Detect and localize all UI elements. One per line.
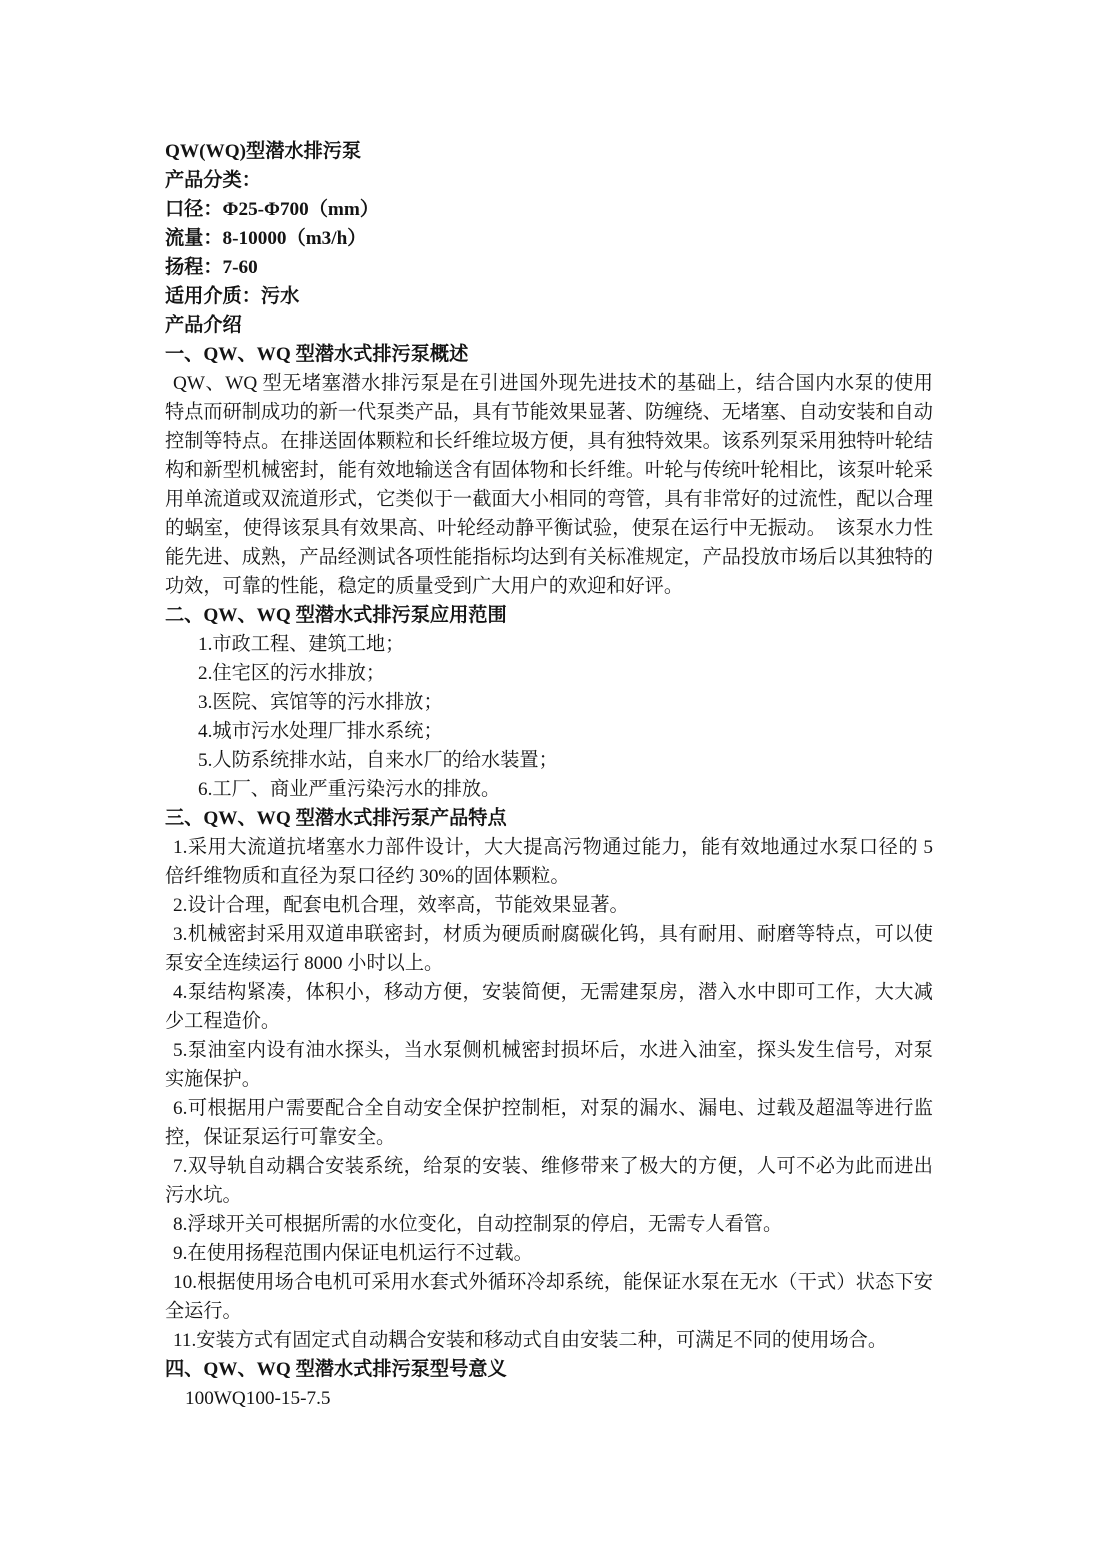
list-item: 6.工厂、商业严重污染污水的排放。: [165, 775, 933, 804]
paragraph-line: 能先进、成熟，产品经测试各项性能指标均达到有关标准规定，产品投放市场后以其独特的: [165, 543, 933, 572]
list-item: 4.城市污水处理厂排水系统；: [165, 717, 933, 746]
feature-line: 实施保护。: [165, 1065, 933, 1094]
paragraph-line: 控制等特点。在排送固体颗粒和长纤维垃圾方便，具有独特效果。该系列泵采用独特叶轮结: [165, 427, 933, 456]
paragraph-line: 功效，可靠的性能，稳定的质量受到广大用户的欢迎和好评。: [165, 572, 933, 601]
section-heading: 二、QW、WQ 型潜水式排污泵应用范围: [165, 601, 933, 630]
feature-line: 6.可根据用户需要配合全自动安全保护控制柜，对泵的漏水、漏电、过载及超温等进行监: [165, 1094, 933, 1123]
feature-line: 7.双导轨自动耦合安装系统，给泵的安装、维修带来了极大的方便，人可不必为此而进出: [165, 1152, 933, 1181]
spec-line-medium: 适用介质：污水: [165, 282, 933, 311]
feature-line: 4.泵结构紧凑，体积小，移动方便，安装简便，无需建泵房，潜入水中即可工作，大大减: [165, 978, 933, 1007]
section-label: 产品介绍: [165, 311, 933, 340]
section-heading: 一、QW、WQ 型潜水式排污泵概述: [165, 340, 933, 369]
spec-label: 产品分类：: [165, 166, 933, 195]
feature-line: 9.在使用扬程范围内保证电机运行不过载。: [165, 1239, 933, 1268]
spec-line-head: 扬程：7-60: [165, 253, 933, 282]
feature-line: 倍纤维物质和直径为泵口径约 30%的固体颗粒。: [165, 862, 933, 891]
document-page: QW(WQ)型潜水排污泵产品分类：口径：Φ25-Φ700（mm）流量：8-100…: [0, 0, 1100, 1556]
feature-line: 控，保证泵运行可靠安全。: [165, 1123, 933, 1152]
feature-line: 1.采用大流道抗堵塞水力部件设计，大大提高污物通过能力，能有效地通过水泵口径的 …: [165, 833, 933, 862]
spec-line-diameter: 口径：Φ25-Φ700（mm）: [165, 195, 933, 224]
feature-line: 泵安全连续运行 8000 小时以上。: [165, 949, 933, 978]
list-item: 3.医院、宾馆等的污水排放；: [165, 688, 933, 717]
feature-line: 3.机械密封采用双道串联密封，材质为硬质耐腐碳化钨，具有耐用、耐磨等特点，可以使: [165, 920, 933, 949]
list-item: 2.住宅区的污水排放；: [165, 659, 933, 688]
list-item: 1.市政工程、建筑工地；: [165, 630, 933, 659]
paragraph-line: 用单流道或双流道形式，它类似于一截面大小相同的弯管，具有非常好的过流性，配以合理: [165, 485, 933, 514]
feature-line: 11.安装方式有固定式自动耦合安装和移动式自由安装二种，可满足不同的使用场合。: [165, 1326, 933, 1355]
document-text-block: QW(WQ)型潜水排污泵产品分类：口径：Φ25-Φ700（mm）流量：8-100…: [165, 137, 933, 1413]
paragraph-line: 特点而研制成功的新一代泵类产品，具有节能效果显著、防缠绕、无堵塞、自动安装和自动: [165, 398, 933, 427]
feature-line: 2.设计合理，配套电机合理，效率高，节能效果显著。: [165, 891, 933, 920]
feature-line: 10.根据使用场合电机可采用水套式外循环冷却系统，能保证水泵在无水（干式）状态下…: [165, 1268, 933, 1297]
paragraph-line: 的蜗室，使得该泵具有效果高、叶轮经动静平衡试验，使泵在运行中无振动。 该泵水力性: [165, 514, 933, 543]
paragraph-line: QW、WQ 型无堵塞潜水排污泵是在引进国外现先进技术的基础上，结合国内水泵的使用: [165, 369, 933, 398]
section-heading: 四、QW、WQ 型潜水式排污泵型号意义: [165, 1355, 933, 1384]
model-number: 100WQ100-15-7.5: [165, 1384, 933, 1413]
feature-line: 5.泵油室内设有油水探头，当水泵侧机械密封损坏后，水进入油室，探头发生信号，对泵: [165, 1036, 933, 1065]
feature-line: 全运行。: [165, 1297, 933, 1326]
feature-line: 污水坑。: [165, 1181, 933, 1210]
doc-title: QW(WQ)型潜水排污泵: [165, 137, 933, 166]
spec-line-flow: 流量：8-10000（m3/h）: [165, 224, 933, 253]
feature-line: 少工程造价。: [165, 1007, 933, 1036]
feature-line: 8.浮球开关可根据所需的水位变化，自动控制泵的停启，无需专人看管。: [165, 1210, 933, 1239]
section-heading: 三、QW、WQ 型潜水式排污泵产品特点: [165, 804, 933, 833]
list-item: 5.人防系统排水站，自来水厂的给水装置；: [165, 746, 933, 775]
paragraph-line: 构和新型机械密封，能有效地输送含有固体物和长纤维。叶轮与传统叶轮相比，该泵叶轮采: [165, 456, 933, 485]
